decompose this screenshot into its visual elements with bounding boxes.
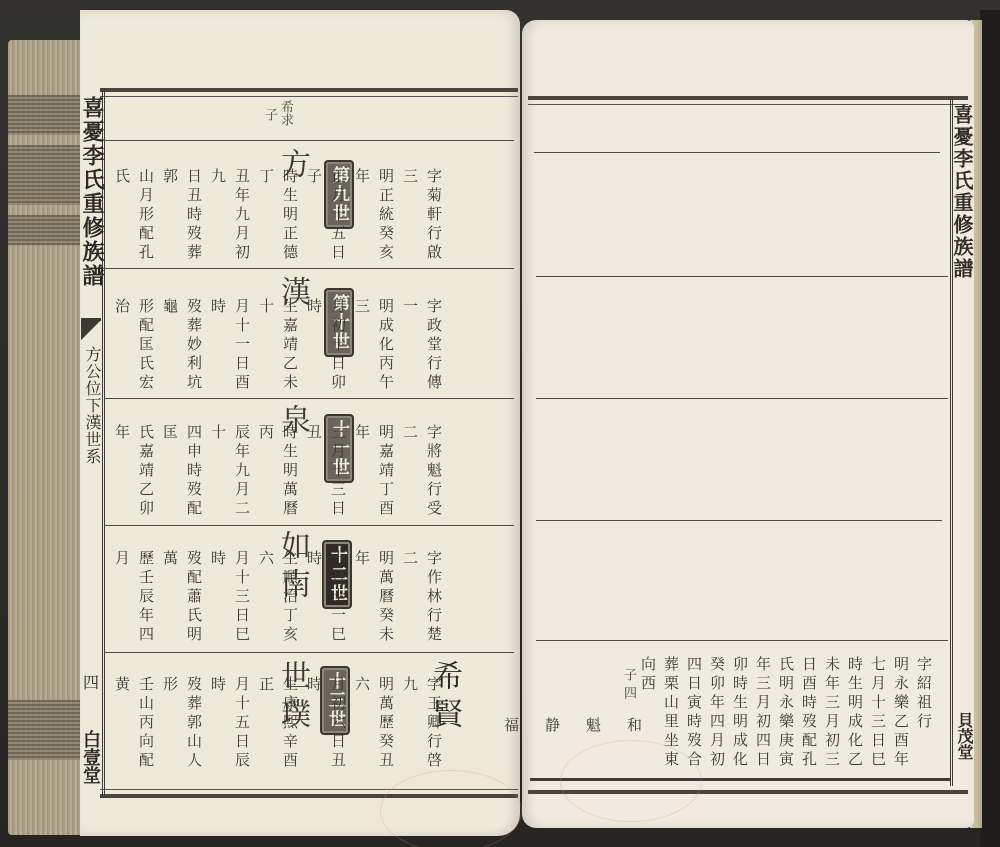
row-divider xyxy=(104,525,514,526)
bio-line: 月初十日卯時 xyxy=(302,298,350,394)
bio-line: 明成化丙午三 xyxy=(350,298,398,394)
row-divider xyxy=(104,140,514,141)
child-name: 福 xyxy=(504,714,535,735)
children-count: 四 xyxy=(620,686,636,699)
water-stain xyxy=(560,740,702,822)
bio-line: 時生明正德丁 xyxy=(254,168,302,264)
row-divider xyxy=(536,276,948,277)
row-divider xyxy=(104,652,514,653)
bio-line: 四申時歿配匡 xyxy=(158,424,206,520)
bio-line: 三月十三日丑 xyxy=(302,424,350,520)
fish-tail-mark xyxy=(81,318,101,343)
bio-line: 歿配蕭氏明萬 xyxy=(158,550,206,646)
bio-line: 歷壬辰年四月 xyxy=(110,550,158,646)
biography: 字作林行楚二 明萬曆癸未年 十月十一巳時 生順治丁亥六 月十三日巳時 歿配蕭氏明… xyxy=(110,550,446,646)
bio-line: 明萬歷癸丑六 xyxy=(350,676,398,776)
bio-line: 字菊軒行啟三 xyxy=(398,168,446,264)
bio-line: 七月十三日巳 xyxy=(866,656,889,776)
water-stain xyxy=(380,770,522,847)
row-divider xyxy=(104,398,514,399)
biography: 字政堂行傳一 明成化丙午三 月初十日卯時 生嘉靖乙未十 月十一日酉時 歿葬妙利坑… xyxy=(110,298,446,394)
bio-line: 明萬曆癸未年 xyxy=(350,550,398,646)
bio-line: 年三月初四日 xyxy=(751,656,774,776)
bio-line: 未年三月初三 xyxy=(820,656,843,776)
row-divider xyxy=(536,520,942,521)
book-title: 喜憂李氏重修族譜 xyxy=(81,96,103,288)
row-divider xyxy=(104,268,514,269)
row-divider xyxy=(534,152,940,153)
header-note-2: 子 xyxy=(262,108,277,121)
bio-line: 明正統癸亥年 xyxy=(350,168,398,264)
bio-line: 字紹祖行 xyxy=(912,656,935,776)
bio-line: 字政堂行傳一 xyxy=(398,298,446,394)
bio-line: 時生明萬曆丙 xyxy=(254,424,302,520)
bio-line: 明嘉靖丁酉年 xyxy=(350,424,398,520)
edge-band xyxy=(8,215,80,245)
hall-name-right: 貝茂堂 xyxy=(953,712,976,760)
biography: 字菊軒行啟三 明正統癸亥年 正月十五日子 時生明正德丁 丑年九月初九 日丑時歿葬… xyxy=(110,168,446,264)
bio-line: 月十五日辰時 xyxy=(206,676,254,776)
row-divider xyxy=(536,398,948,399)
bio-line: 月初六日丑時 xyxy=(302,676,350,776)
bio-line: 生康熙辛酉正 xyxy=(254,676,302,776)
child-name: 魁 xyxy=(586,714,617,735)
bio-line: 壬山丙向配黄 xyxy=(110,676,158,776)
bio-line: 正月十五日子 xyxy=(302,168,350,264)
bio-line: 十月十一巳時 xyxy=(302,550,350,646)
bio-line: 字作林行楚二 xyxy=(398,550,446,646)
edge-band xyxy=(8,95,80,135)
header-note: 希求 xyxy=(278,100,293,126)
child-name: 和 xyxy=(627,714,658,735)
bio-line: 歿葬郭山人形 xyxy=(158,676,206,776)
child-name: 静 xyxy=(545,714,576,735)
bio-line: 時生明成化乙 xyxy=(843,656,866,776)
bio-line: 明永樂乙酉年 xyxy=(889,656,912,776)
right-background xyxy=(980,10,1000,847)
children-count-label: 子 xyxy=(620,668,636,681)
hall-name: 白壹堂 xyxy=(80,730,100,784)
edge-band xyxy=(8,145,80,205)
bio-line: 卯時生明成化 xyxy=(728,656,751,776)
bio-line: 山月形配孔氏 xyxy=(110,168,158,264)
bio-line: 氏嘉靖乙卯年 xyxy=(110,424,158,520)
bio-line: 丑年九月初九 xyxy=(206,168,254,264)
children-list: 和 魁 静 福 xyxy=(548,714,658,735)
bio-line: 歿葬妙利坑龜 xyxy=(158,298,206,394)
bio-line: 生順治丁亥六 xyxy=(254,550,302,646)
bio-line: 日酉時歿配孔 xyxy=(797,656,820,776)
row-divider xyxy=(536,640,948,641)
section-title: 方公位下漢世系 xyxy=(83,346,101,465)
bio-line: 辰年九月二十 xyxy=(206,424,254,520)
header-note-line1: 希求 xyxy=(278,100,293,126)
bio-line: 癸卯年四月初 xyxy=(705,656,728,776)
next-generation-name: 希賢 xyxy=(428,660,460,736)
book-title-right: 喜憂李氏重修族譜 xyxy=(952,104,972,280)
bio-line: 形配匡氏宏治 xyxy=(110,298,158,394)
biography: 字將魁行受二 明嘉靖丁酉年 三月十三日丑 時生明萬曆丙 辰年九月二十 四申時歿配… xyxy=(110,424,446,520)
bio-line: 生嘉靖乙未十 xyxy=(254,298,302,394)
page-number: 四 xyxy=(83,670,99,693)
bio-line: 日丑時歿葬郭 xyxy=(158,168,206,264)
edge-band xyxy=(8,700,80,760)
bio-line: 字將魁行受二 xyxy=(398,424,446,520)
bio-line: 月十一日酉時 xyxy=(206,298,254,394)
bio-line: 月十三日巳時 xyxy=(206,550,254,646)
bio-line: 氏明永樂庚寅 xyxy=(774,656,797,776)
biography: 字玉卿行啓九 明萬歷癸丑六 月初六日丑時 生康熙辛酉正 月十五日辰時 歿葬郭山人… xyxy=(110,676,446,776)
